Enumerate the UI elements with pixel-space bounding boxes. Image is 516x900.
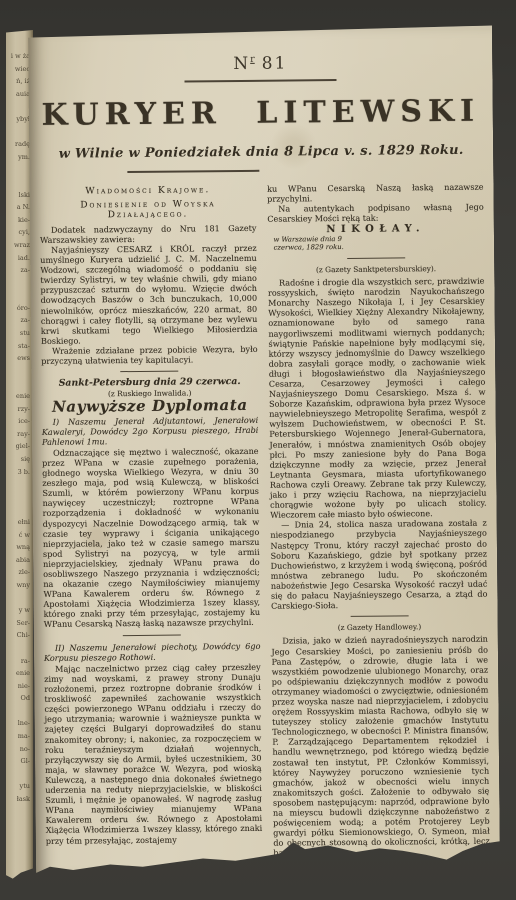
article-paragraph: Odznaczające się męztwo i waleczność, ok… xyxy=(42,446,260,630)
newspaper-title: KURYER LITEWSKI xyxy=(39,94,483,133)
article-paragraph: ku WPanu Cesarską Naszą łaską nazawsze p… xyxy=(267,181,484,203)
article-paragraph: Radośne i drogie dla wszystkich serc, pr… xyxy=(268,276,487,520)
issue-number: 81 xyxy=(262,54,288,74)
section-divider xyxy=(123,634,181,636)
section-divider xyxy=(121,371,179,373)
section-header-doniesienie: Doniesienie od Woyska Działającego. xyxy=(40,198,257,220)
newspaper-page: Nr81 KURYER LITEWSKI w Wilnie w Poniedzi… xyxy=(28,26,500,878)
column-left: Wiadomości Krajowe.Doniesienie od Woyska… xyxy=(39,183,262,845)
column-right: ku WPanu Cesarską Naszą łaską nazawsze p… xyxy=(267,181,490,858)
section-divider xyxy=(350,616,408,618)
dateline-petersburg: Sankt-Petersburg dnia 29 czerwca. xyxy=(41,377,258,389)
article-paragraph: Nayjaśnieyszy CESARZ i KRÓL raczył przez… xyxy=(40,243,257,346)
decree-address: I) Naszemu Jenerał Adjutantowi, Jenerało… xyxy=(42,414,259,446)
article-paragraph: Wrażenie zdziałane przez pobicie Wezyra,… xyxy=(41,344,258,366)
section-header-wiadomosci-krajowe: Wiadomości Krajowe. xyxy=(40,184,257,196)
page-content: Nr81 KURYER LITEWSKI w Wilnie w Poniedzi… xyxy=(28,26,500,861)
issue-number-line: Nr81 xyxy=(38,52,482,76)
article-paragraph: Mając naczelnictwo przez ciąg całey prze… xyxy=(44,662,262,846)
issue-superscript: r xyxy=(250,54,255,65)
article-paragraph: — Dnia 24, stolica nasza uradowana zosta… xyxy=(270,518,487,611)
source-note: (z Gazety Handlowey.) xyxy=(271,622,488,634)
masthead-dateline: w Wilnie w Poniedziałek dnia 8 Lipca v. … xyxy=(39,143,483,162)
masthead-rule xyxy=(127,170,259,173)
issue-rule xyxy=(184,79,336,82)
adjacent-page-fragments: i w ża wiec ń, iż auia ybył radę ym. lsk… xyxy=(6,30,33,806)
scan-background: i w ża wiec ń, iż auia ybył radę ym. lsk… xyxy=(0,0,516,900)
source-note: (z Gazety Sanktpetersburskiey). xyxy=(268,264,485,276)
section-divider xyxy=(347,257,405,259)
decree-address: II) Naszemu Jenerałowi piechoty, Dowódcy… xyxy=(44,641,261,663)
adjacent-page-edge: i w ża wiec ń, iż auia ybył radę ym. lsk… xyxy=(6,30,33,882)
article-paragraph: Dzisia, jako w dzień nayradośnieyszych n… xyxy=(271,634,490,858)
issue-prefix: N xyxy=(233,54,250,74)
article-paragraph: Na autentykach podpisano własną Jego Ces… xyxy=(267,201,484,223)
decree-heading: Naywyższe Dyplomata xyxy=(42,400,259,412)
article-columns: Wiadomości Krajowe.Doniesienie od Woyska… xyxy=(39,181,489,860)
place-date-warszawa: w Warszawie dnia 9 czerwca, 1829 roku. xyxy=(273,234,484,253)
article-paragraph: Dodatek nadzwyczayny do Nru 181 Gazety W… xyxy=(40,223,257,245)
